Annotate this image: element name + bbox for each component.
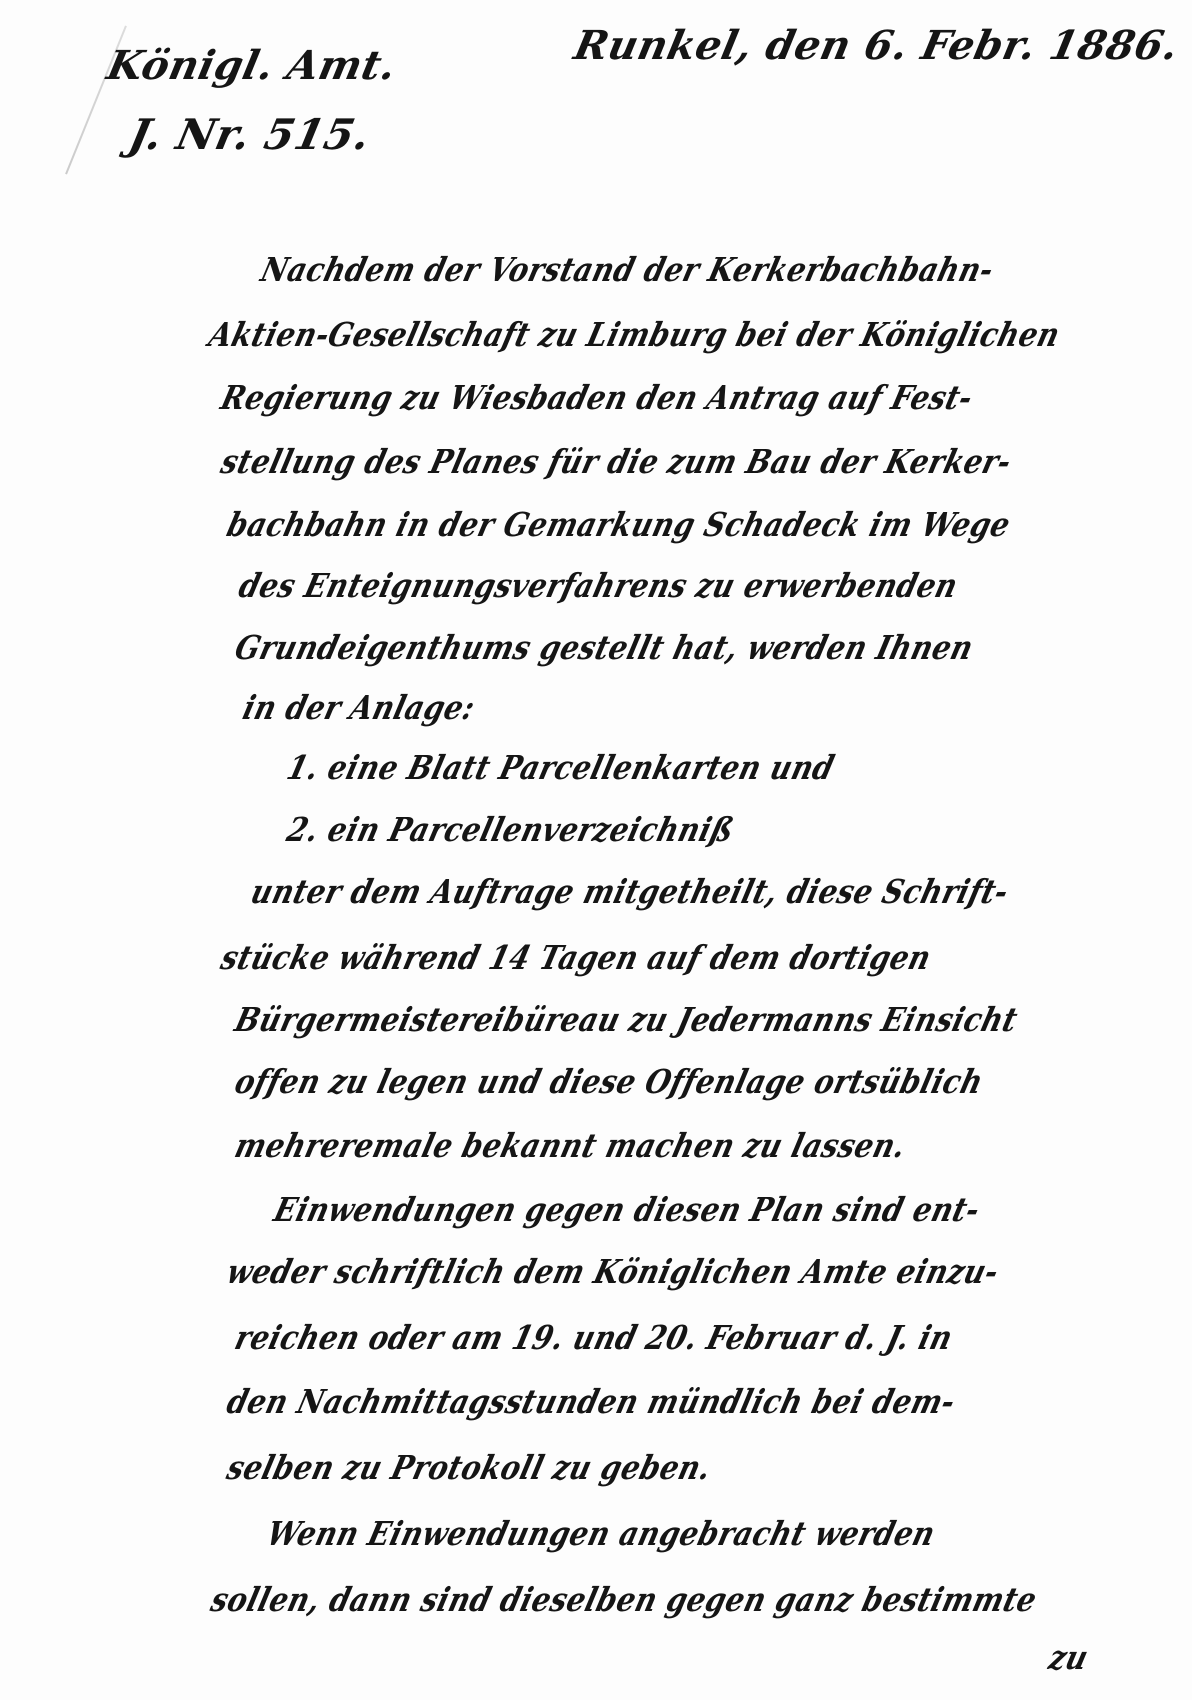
body-line: Aktien-Gesellschaft zu Limburg bei der K… — [205, 315, 1064, 354]
body-line: unter dem Auftrage mitgetheilt, diese Sc… — [247, 872, 1013, 911]
body-line: den Nachmittagsstunden mündlich bei dem- — [223, 1382, 959, 1421]
body-line: Regierung zu Wiesbaden den Antrag auf Fe… — [217, 378, 977, 417]
body-line: sollen, dann sind dieselben gegen ganz b… — [207, 1580, 1041, 1619]
office-heading: Königl. Amt. — [103, 42, 401, 89]
place-date: Runkel, den 6. Febr. 1886. — [570, 22, 1183, 69]
body-line: weder schriftlich dem Königlichen Amte e… — [223, 1252, 1003, 1291]
body-line: des Enteignungsverfahrens zu erwerbenden — [235, 566, 962, 605]
body-line: reichen oder am 19. und 20. Februar d. J… — [231, 1318, 957, 1357]
body-line: stücke während 14 Tagen auf dem dortigen — [217, 938, 935, 977]
body-line: mehreremale bekannt machen zu lassen. — [231, 1126, 910, 1165]
body-line: Einwendungen gegen diesen Plan sind ent- — [270, 1190, 984, 1229]
body-line: in der Anlage: — [239, 688, 479, 727]
catchword: zu — [1045, 1638, 1092, 1677]
body-line: Bürgermeistereibüreau zu Jedermanns Eins… — [231, 1000, 1022, 1039]
list-item: 2. ein Parcellenverzeichniß — [283, 810, 738, 849]
body-line: Nachdem der Vorstand der Kerkerbachbahn- — [257, 250, 998, 289]
body-line: stellung des Planes für die zum Bau der … — [217, 442, 1015, 481]
list-item: 1. eine Blatt Parcellenkarten und — [283, 748, 838, 787]
body-line: offen zu legen und diese Offenlage ortsü… — [231, 1062, 987, 1101]
body-line: bachbahn in der Gemarkung Schadeck im We… — [223, 505, 1014, 544]
journal-number: J. Nr. 515. — [125, 110, 375, 159]
document-page: Königl. Amt. J. Nr. 515. Runkel, den 6. … — [0, 0, 1192, 1700]
body-line: selben zu Protokoll zu geben. — [223, 1448, 715, 1487]
body-line: Wenn Einwendungen angebracht werden — [263, 1514, 939, 1553]
body-line: Grundeigenthums gestellt hat, werden Ihn… — [231, 628, 977, 667]
